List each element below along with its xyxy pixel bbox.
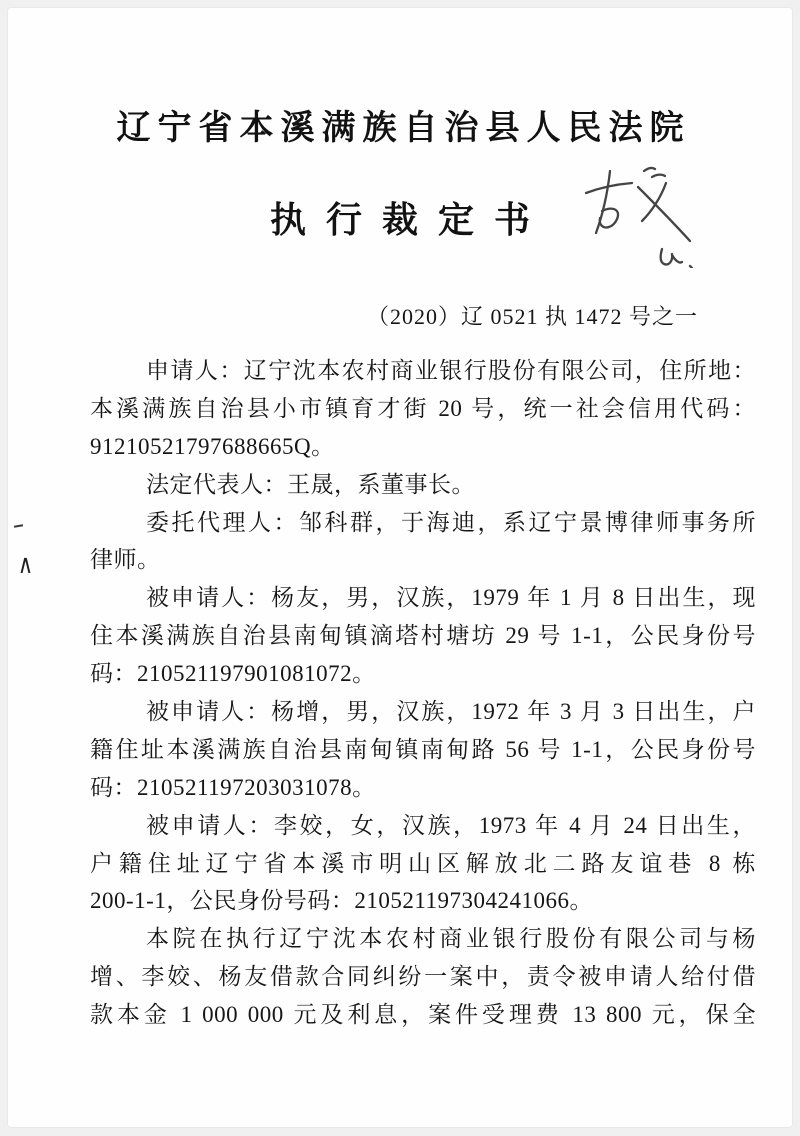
- text-line: 律师。: [90, 541, 756, 579]
- text-line: 法定代表人：王晟，系董事长。: [90, 466, 756, 504]
- text-line: 200-1-1，公民身份号码：210521197304241066。: [90, 882, 756, 920]
- document-body: 申请人：辽宁沈本农村商业银行股份有限公司，住所地：本溪满族自治县小市镇育才街 2…: [90, 352, 756, 1034]
- stray-caret-mark: ∧: [18, 552, 33, 578]
- text-line: 码：210521197901081072。: [90, 655, 756, 693]
- handwritten-signature-icon: [578, 163, 708, 268]
- text-line: 被申请人：李姣，女，汉族，1973 年 4 月 24 日出生，: [90, 807, 756, 845]
- text-line: 被申请人：杨友，男，汉族，1979 年 1 月 8 日出生，现: [90, 579, 756, 617]
- text-line: 户籍住址辽宁省本溪市明山区解放北二路友谊巷 8 栋: [90, 845, 756, 883]
- text-line: 本溪满族自治县小市镇育才街 20 号，统一社会信用代码：: [90, 390, 756, 428]
- text-line: 被申请人：杨增，男，汉族，1972 年 3 月 3 日出生，户: [90, 693, 756, 731]
- text-line: 申请人：辽宁沈本农村商业银行股份有限公司，住所地：: [90, 352, 756, 390]
- text-line: 码：210521197203031078。: [90, 769, 756, 807]
- text-line: 委托代理人：邹科群，于海迪，系辽宁景博律师事务所: [90, 504, 756, 542]
- text-line: 籍住址本溪满族自治县南甸镇南甸路 56 号 1-1，公民身份号: [90, 731, 756, 769]
- text-line: 本院在执行辽宁沈本农村商业银行股份有限公司与杨: [90, 920, 756, 958]
- case-number: （2020）辽 0521 执 1472 号之一: [90, 300, 756, 331]
- text-line: 住本溪满族自治县南甸镇滴塔村塘坊 29 号 1-1，公民身份号: [90, 617, 756, 655]
- court-name-heading: 辽宁省本溪满族自治县人民法院: [8, 100, 792, 149]
- text-line: 91210521797688665Q。: [90, 428, 756, 466]
- text-line: 增、李姣、杨友借款合同纠纷一案中，责令被申请人给付借: [90, 958, 756, 996]
- stray-dash-mark: [14, 524, 23, 528]
- scanned-document-page: 辽宁省本溪满族自治县人民法院 执行裁定书 （2020）辽 0521 执 1472…: [8, 8, 792, 1127]
- text-line: 款本金 1 000 000 元及利息，案件受理费 13 800 元，保全: [90, 996, 756, 1034]
